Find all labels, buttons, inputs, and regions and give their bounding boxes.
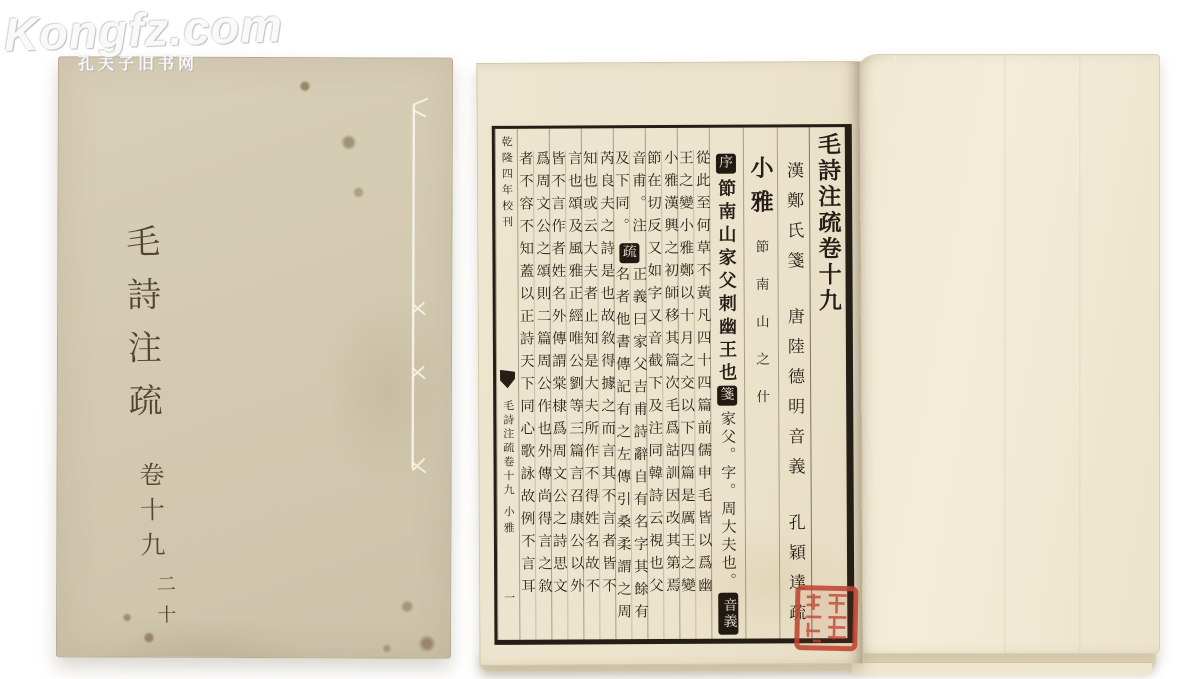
xu-text: 節南山家父刺幽王也 bbox=[713, 179, 740, 386]
handwritten-title-block: 毛詩注疏 卷十九 二十 bbox=[57, 57, 452, 657]
blank-page bbox=[853, 54, 1160, 654]
watermark-brand: Kongfz.com bbox=[3, 0, 284, 62]
commentary-line: 名者他書傳記有之左傳引桑柔謂之周 bbox=[613, 266, 632, 639]
preface-column: 序 節南山家父刺幽王也 箋 家父。字。周大夫也。 音義 bbox=[709, 128, 745, 639]
fishtail-mark bbox=[500, 370, 515, 390]
commentary-pair-bottom: 正義曰家父吉甫詩辭自有名字其餘有 名者他書傳記有之左傳引桑柔謂之周 bbox=[613, 266, 648, 639]
banxin-section: 小雅 bbox=[500, 506, 516, 538]
commentary-column: 小雅漢興之初師移其篇次毛爲詁訓因改其第焉 節在切反又如字又音截下及注同韓詩云視也… bbox=[645, 128, 680, 639]
open-book: 毛詩注疏卷十九 漢鄭氏箋 唐陸德明音義 孔穎達疏 小雅 節南山之什 序 節南山家… bbox=[470, 46, 1170, 676]
annotator-line: 漢鄭氏箋 bbox=[781, 161, 807, 281]
page-number: 一 bbox=[501, 592, 517, 608]
text-frame: 毛詩注疏卷十九 漢鄭氏箋 唐陸德明音義 孔穎達疏 小雅 節南山之什 序 節南山家… bbox=[492, 124, 855, 645]
commentary-column: 爲周文公之頌則二篇周公作也外傳尚得言之敘 者不容不知蓋以正詩天下同心歌詠故例不言… bbox=[517, 129, 552, 640]
banxin-column: 乾隆四年校刊 毛詩注疏卷十九 小雅 一 bbox=[495, 129, 520, 640]
banxin-title: 毛詩注疏卷十九 bbox=[500, 400, 517, 498]
book-cover: 毛詩注疏 卷十九 二十 bbox=[56, 56, 453, 658]
shu-label: 疏 bbox=[620, 243, 640, 263]
commentary-line: 音甫。注 bbox=[630, 150, 646, 240]
phonology-line: 唐陸德明音義 bbox=[782, 307, 808, 487]
authors-column: 漢鄭氏箋 唐陸德明音義 孔穎達疏 bbox=[776, 127, 811, 638]
commentary-column: 言也頌及風雅正經唯公劉等三篇言召康公以外 皆不言作者姓名外傳謂棠棣爲周文公之詩思… bbox=[549, 128, 584, 639]
yinyi-label: 音義 bbox=[718, 593, 738, 635]
section-title: 小雅 bbox=[743, 155, 776, 223]
handwritten-title: 毛詩注疏 bbox=[115, 223, 167, 436]
commentary-column-with-shu: 音甫。注 及下同。 疏 正義曰家父吉甫詩辭自有名字其餘有 名者他書傳記有之左傳引… bbox=[613, 128, 648, 639]
section-subtitle: 節南山之什 bbox=[750, 239, 771, 427]
handwritten-volume-extra: 二十 bbox=[151, 574, 179, 636]
page-stack-edge bbox=[852, 662, 1152, 675]
printed-page: 毛詩注疏卷十九 漢鄭氏箋 唐陸德明音義 孔穎達疏 小雅 節南山之什 序 節南山家… bbox=[476, 61, 863, 666]
jian-text: 家父。字。周大夫也。 bbox=[717, 411, 739, 591]
volume-title: 毛詩注疏卷十九 bbox=[811, 132, 845, 314]
commentary-line: 及下同。 bbox=[613, 150, 630, 240]
commentary-column: 芮良夫之詩是也故敘得據之而言其不言者皆不 知也或云大夫者止知是大夫所作不得姓名故… bbox=[581, 128, 616, 639]
commentary-column: 從此至何草不黃凡四十四篇前儒申毛皆以爲幽 王之變小雅鄭以十月之交以下四篇是厲王之… bbox=[677, 128, 712, 639]
volume-title-column: 毛詩注疏卷十九 bbox=[809, 127, 847, 638]
banxin-imprint: 乾隆四年校刊 bbox=[498, 136, 515, 232]
section-column: 小雅 節南山之什 bbox=[742, 127, 779, 638]
auction-photo: { "watermark": { "brand": "Kongfz.com", … bbox=[0, 0, 1200, 679]
collector-seal bbox=[794, 585, 859, 652]
xu-label: 序 bbox=[716, 154, 736, 174]
jian-label: 箋 bbox=[717, 386, 737, 406]
handwritten-volume: 卷十九 bbox=[131, 461, 168, 566]
commentary-pair-top: 音甫。注 及下同。 bbox=[613, 150, 646, 240]
